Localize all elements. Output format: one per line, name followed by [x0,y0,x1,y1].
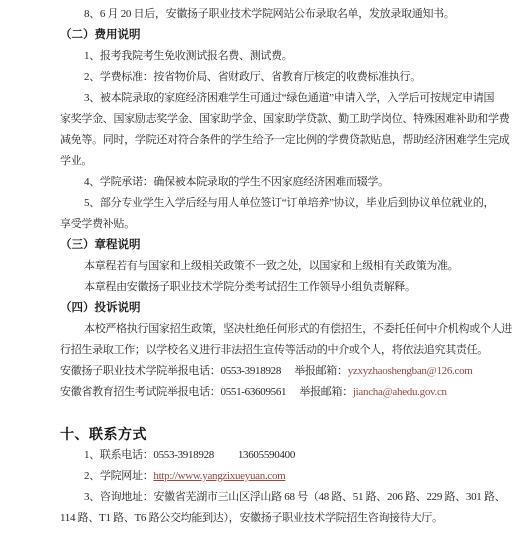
doc-line-fee-1: 1、报考我院考生免收测试报名费、测试费。 [60,46,468,67]
doc-line-fee-3d: 学业。 [60,151,468,172]
text-run: 3、咨询地址：安徽省芜湖市三山区浮山路 68 号（48 路、51 路、206 路… [84,491,505,503]
doc-line-contact-website: 2、学院网址：http://www.yangzixueyuan.com [60,466,468,487]
text-run: （三）章程说明 [60,239,141,251]
text-run: 十、联系方式 [60,426,147,442]
doc-line-complaint-1a: 本校严格执行国家招生政策，坚决杜绝任何形式的有偿招生，不委托任何中介机构或个人进 [60,319,468,340]
text-run: 3、被本院录取的家庭经济困难学生可通过“绿色通道”申请入学，入学后可按规定申请国 [84,92,494,104]
college-report-email: yzxyzhaoshengban@126.com [348,365,473,377]
doc-line-spacer [60,403,468,424]
text-run: 本校严格执行国家招生政策，坚决杜绝任何形式的有偿招生，不委托任何中介机构或个人进 [84,323,512,335]
text-run: 本章程若有与国家和上级相关政策不一致之处，以国家和上级相有关政策为准。 [84,260,459,272]
text-run: （四）投诉说明 [60,302,141,314]
college-website-link[interactable]: http://www.yangzixueyuan.com [153,470,285,482]
text-run: 本章程由安徽扬子职业技术学院分类考试招生工作领导小组负责解释。 [84,281,416,293]
text-run: 2、学费标准：按省物价局、省财政厅、省教育厅核定的收费标准执行。 [84,71,421,83]
doc-line-college-report-contact: 安徽扬子职业技术学院举报电话：0553-3918928 举报邮箱：yzxyzha… [60,361,468,382]
text-run: 行招生录取工作；以学校名义进行非法招生宣传等活动的中介或个人，将依法追究其责任。 [60,344,488,356]
doc-line-release-notice: 8、6 月 20 日后，安徽扬子职业技术学院网站公布录取名单，发放录取通知书。 [60,4,468,25]
heading-fee-explanation: （二）费用说明 [60,25,468,46]
doc-line-fee-3c: 减免等。同时，学院还对符合条件的学生给予一定比例的学费贷款贴息，帮助经济困难学生… [60,130,468,151]
heading-charter-explanation: （三）章程说明 [60,235,468,256]
doc-line-fee-5a: 5、部分专业学生入学后经与用人单位签订“订单培养”协议，毕业后到协议单位就业的， [60,193,468,214]
text-run: 114 路、T1 路、T6 路公交均能到达），安徽扬子职业技术学院招生咨询接待大… [60,512,443,524]
province-report-email: jiancha@ahedu.gov.cn [353,386,447,398]
text-run: 减免等。同时，学院还对符合条件的学生给予一定比例的学费贷款贴息，帮助经济困难学生… [60,134,509,146]
document-page: 8、6 月 20 日后，安徽扬子职业技术学院网站公布录取名单，发放录取通知书。（… [0,0,524,545]
doc-line-province-report-contact: 安徽省教育招生考试院举报电话：0551-63609561 举报邮箱：jianch… [60,382,468,403]
text-run: 5、部分专业学生入学后经与用人单位签订“订单培养”协议，毕业后到协议单位就业的， [84,197,494,209]
doc-line-fee-3b: 家奖学金、国家励志奖学金、国家助学金、国家助学贷款、勤工助学岗位、特殊困难补助和… [60,109,468,130]
doc-line-complaint-1b: 行招生录取工作；以学校名义进行非法招生宣传等活动的中介或个人，将依法追究其责任。 [60,340,468,361]
text-run: 8、6 月 20 日后，安徽扬子职业技术学院网站公布录取名单，发放录取通知书。 [84,8,455,20]
doc-line-charter-1: 本章程若有与国家和上级相关政策不一致之处，以国家和上级相有关政策为准。 [60,256,468,277]
document-body: 8、6 月 20 日后，安徽扬子职业技术学院网站公布录取名单，发放录取通知书。（… [0,0,524,529]
text-run: （二）费用说明 [60,29,141,41]
doc-line-fee-5b: 享受学费补贴。 [60,214,468,235]
text-run: 2、学院网址： [84,470,153,482]
text-run: 安徽省教育招生考试院举报电话：0551-63609561 举报邮箱： [60,386,353,398]
text-run: 享受学费补贴。 [60,218,135,230]
doc-line-fee-4: 4、学院承诺：确保被本院录取的学生不因家庭经济困难而辍学。 [60,172,468,193]
text-run: 1、报考我院考生免收测试报名费、测试费。 [84,50,293,62]
doc-line-fee-3a: 3、被本院录取的家庭经济困难学生可通过“绿色通道”申请入学，入学后可按规定申请国 [60,88,468,109]
text-run: 家奖学金、国家励志奖学金、国家助学金、国家助学贷款、勤工助学岗位、特殊困难补助和… [60,113,509,125]
text-run: 1、联系电话：0553-3918928 13605590400 [84,449,295,461]
text-run: 学业。 [60,155,92,167]
doc-line-contact-address-a: 3、咨询地址：安徽省芜湖市三山区浮山路 68 号（48 路、51 路、206 路… [60,487,468,508]
doc-line-contact-address-b: 114 路、T1 路、T6 路公交均能到达），安徽扬子职业技术学院招生咨询接待大… [60,508,468,529]
doc-line-contact-phone: 1、联系电话：0553-3918928 13605590400 [60,445,468,466]
heading-complaint-explanation: （四）投诉说明 [60,298,468,319]
text-run: 安徽扬子职业技术学院举报电话：0553-3918928 举报邮箱： [60,365,348,377]
doc-line-fee-2: 2、学费标准：按省物价局、省财政厅、省教育厅核定的收费标准执行。 [60,67,468,88]
text-run: 4、学院承诺：确保被本院录取的学生不因家庭经济困难而辍学。 [84,176,389,188]
section-heading-contact: 十、联系方式 [60,424,468,445]
doc-line-charter-2: 本章程由安徽扬子职业技术学院分类考试招生工作领导小组负责解释。 [60,277,468,298]
